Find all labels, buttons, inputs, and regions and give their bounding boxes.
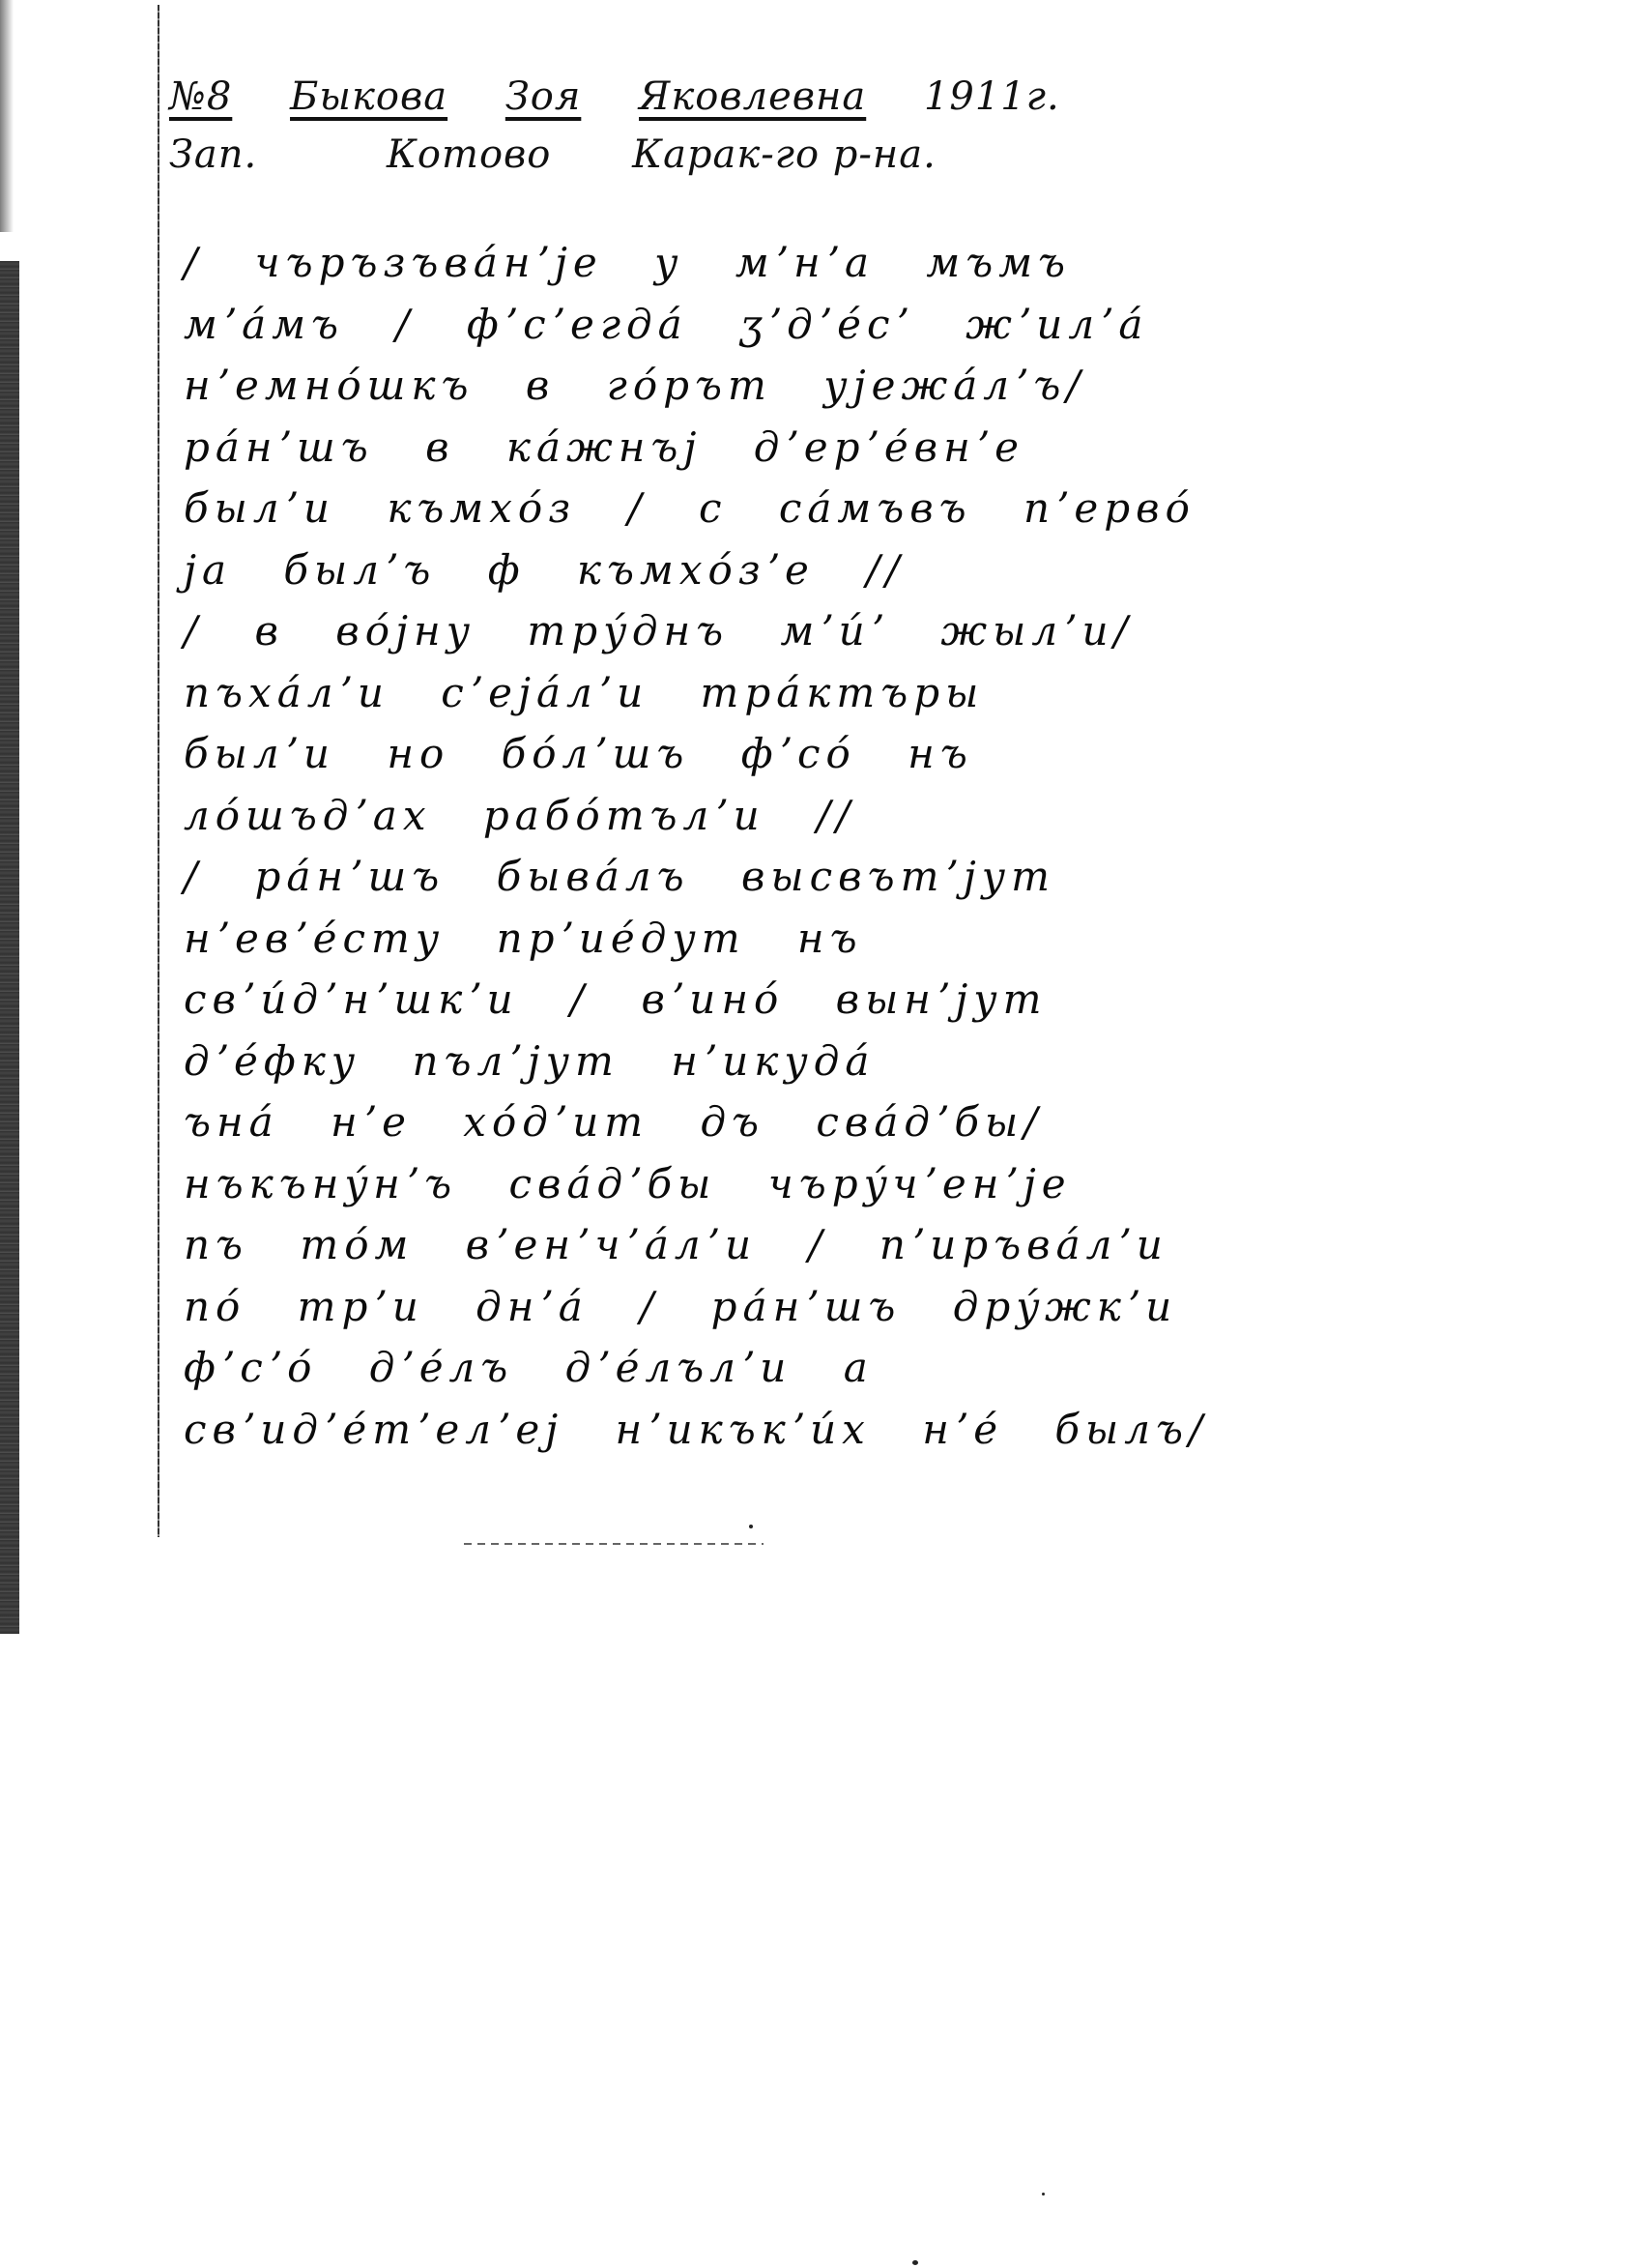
margin-line	[158, 5, 159, 1537]
informant-patronymic: Яковлевна	[639, 74, 866, 119]
district-name: Карак-го р-на.	[632, 132, 937, 177]
transcript-line: лóшъдʼах рабóтълʼи //	[184, 785, 1305, 847]
informant-surname: Быкова	[290, 74, 447, 119]
transcript-line: былʼи но бóлʼшъ фʼсó нъ	[184, 723, 1305, 785]
transcript-line: дʼéфку пълʼјут нʼикудá	[184, 1031, 1305, 1092]
header-line-informant: №8 Быкова Зоя Яковлевна 1911г.	[169, 68, 1281, 126]
scan-speck	[1042, 2193, 1045, 2195]
scan-edge-noise-top	[0, 0, 14, 232]
transcript-line: свʼидʼéтʼелʼеј нʼикъкʼúх нʼé былъ/	[184, 1399, 1305, 1461]
transcript-line: нъкънýнʼъ свáдʼбы чърýчʼенʼје	[184, 1153, 1305, 1215]
scan-speck	[749, 1525, 753, 1528]
transcript-line: нʼевʼéсту прʼиéдут нъ	[184, 908, 1305, 970]
document-header: №8 Быкова Зоя Яковлевна 1911г. Зап. Кото…	[169, 68, 1281, 184]
transcript-line: свʼúдʼнʼшкʼи / вʼинó вынʼјут	[184, 969, 1305, 1031]
transcript-body: / чъръзъвáнʼјe у мʼнʼа мъмъ мʼáмъ / фʼсʼ…	[184, 232, 1305, 1460]
transcript-line: фʼсʼó дʼéлъ дʼéлълʼи а	[184, 1337, 1305, 1399]
scan-edge-noise	[0, 261, 19, 1634]
scan-speck	[912, 2260, 918, 2265]
transcript-line: / чъръзъвáнʼјe у мʼнʼа мъмъ	[184, 232, 1305, 294]
header-line-location: Зап. Котово Карак-го р-на.	[169, 126, 1281, 184]
transcript-line: / рáнʼшъ бывáлъ высвътʼјут	[184, 846, 1305, 908]
transcript-line: пъхáлʼи сʼејáлʼи трáктъры	[184, 662, 1305, 724]
informant-first-name: Зоя	[505, 74, 582, 119]
transcript-line: пó трʼи днʼá / рáнʼшъ дрýжкʼи	[184, 1276, 1305, 1338]
transcript-line: мʼáмъ / фʼсʼегдá ʒʼдʼéсʼ жʼилʼá	[184, 294, 1305, 356]
transcript-line: былʼи къмхóз / с сáмъвъ пʼервó	[184, 478, 1305, 539]
transcript-line: / в вóјну трýднъ мʼúʼ жылʼи/	[184, 600, 1305, 662]
transcript-line: пъ тóм вʼенʼчʼáлʼи / пʼиръвáлʼи	[184, 1214, 1305, 1276]
record-number: №8	[169, 74, 232, 119]
transcript-line: ънá нʼе хóдʼит дъ свáдʼбы/	[184, 1091, 1305, 1153]
transcript-line: рáнʼшъ в кáжнъј дʼерʼéвнʼе	[184, 417, 1305, 479]
recorded-label: Зап.	[169, 132, 257, 177]
village-name: Котово	[387, 132, 551, 177]
birth-year: 1911г.	[924, 74, 1060, 119]
scan-dash-artifact	[464, 1543, 764, 1545]
transcript-line: нʼемнóшкъ в гóрът уjeжáлʼъ/	[184, 355, 1305, 417]
transcript-line: ја былʼъ ф къмхóзʼe //	[184, 539, 1305, 601]
